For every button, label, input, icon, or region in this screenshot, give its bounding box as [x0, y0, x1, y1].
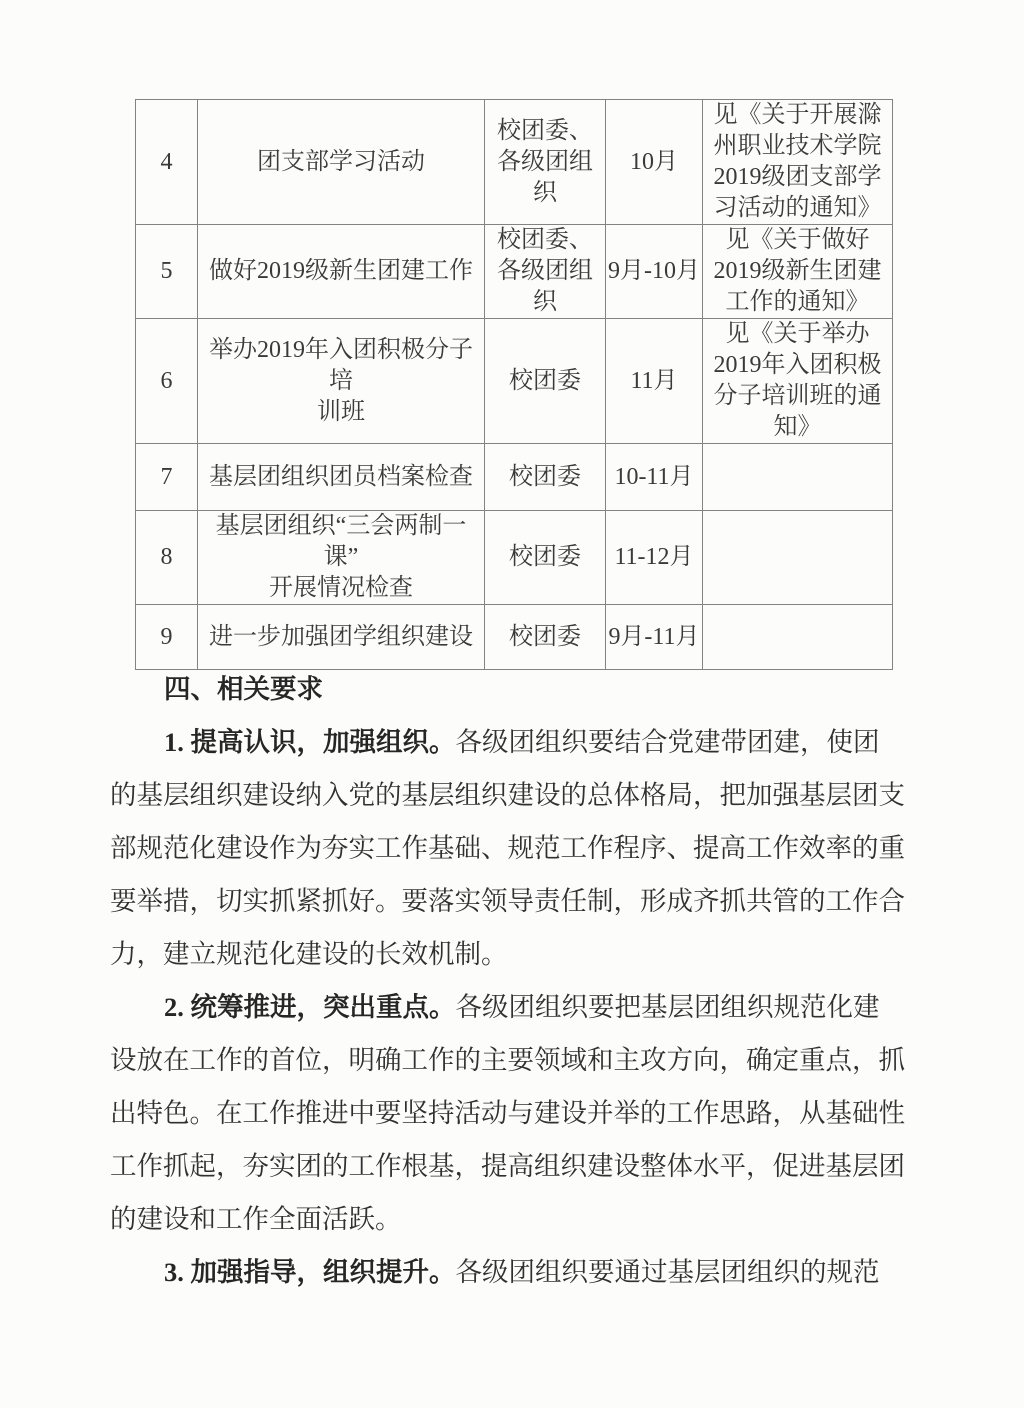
organizer-cell: 校团委	[485, 605, 606, 670]
remark-cell: 见《关于举办 2019年入团积极 分子培训班的通 知》	[703, 319, 893, 444]
remark-cell	[703, 444, 893, 511]
time-cell: 9月-10月	[606, 225, 703, 319]
table-row: 9进一步加强团学组织建设校团委9月-11月	[136, 605, 893, 670]
item-cell: 进一步加强团学组织建设	[198, 605, 485, 670]
schedule-table: 4团支部学习活动校团委、 各级团组织10月见《关于开展滁 州职业技术学院 201…	[135, 99, 893, 670]
table-row: 4团支部学习活动校团委、 各级团组织10月见《关于开展滁 州职业技术学院 201…	[136, 100, 893, 225]
item-cell: 基层团组织团员档案检查	[198, 444, 485, 511]
time-cell: 10-11月	[606, 444, 703, 511]
remark-cell	[703, 511, 893, 605]
organizer-cell: 校团委	[485, 511, 606, 605]
table-row: 8基层团组织“三会两制一课” 开展情况检查校团委11-12月	[136, 511, 893, 605]
item-cell: 团支部学习活动	[198, 100, 485, 225]
time-cell: 11月	[606, 319, 703, 444]
paragraph-1-text: 各级团组织要结合党建带团建，使团 的基层组织建设纳入党的基层组织建设的总体格局，…	[110, 727, 905, 969]
paragraph-1-lead: 1. 提高认识，加强组织。	[164, 727, 456, 757]
table-row: 5做好2019级新生团建工作校团委、 各级团组织9月-10月见《关于做好 201…	[136, 225, 893, 319]
section-heading: 四、相关要求	[110, 663, 916, 716]
paragraph-3: 3. 加强指导，组织提升。各级团组织要通过基层团组织的规范	[110, 1246, 916, 1299]
item-cell: 基层团组织“三会两制一课” 开展情况检查	[198, 511, 485, 605]
time-cell: 11-12月	[606, 511, 703, 605]
row-number: 9	[136, 605, 198, 670]
paragraph-2: 2. 统筹推进，突出重点。各级团组织要把基层团组织规范化建 设放在工作的首位，明…	[110, 981, 916, 1246]
time-cell: 9月-11月	[606, 605, 703, 670]
table-row: 7基层团组织团员档案检查校团委10-11月	[136, 444, 893, 511]
item-cell: 举办2019年入团积极分子培 训班	[198, 319, 485, 444]
body-text: 四、相关要求 1. 提高认识，加强组织。各级团组织要结合党建带团建，使团 的基层…	[110, 663, 916, 1299]
organizer-cell: 校团委	[485, 319, 606, 444]
time-cell: 10月	[606, 100, 703, 225]
remark-cell: 见《关于开展滁 州职业技术学院 2019级团支部学 习活动的通知》	[703, 100, 893, 225]
remark-cell: 见《关于做好 2019级新生团建 工作的通知》	[703, 225, 893, 319]
paragraph-3-lead: 3. 加强指导，组织提升。	[164, 1257, 456, 1287]
paragraph-3-text: 各级团组织要通过基层团组织的规范	[456, 1257, 880, 1287]
paragraph-2-lead: 2. 统筹推进，突出重点。	[164, 992, 456, 1022]
row-number: 7	[136, 444, 198, 511]
paragraph-2-text: 各级团组织要把基层团组织规范化建 设放在工作的首位，明确工作的主要领域和主攻方向…	[110, 992, 905, 1234]
document-page: 4团支部学习活动校团委、 各级团组织10月见《关于开展滁 州职业技术学院 201…	[0, 0, 1024, 1408]
row-number: 8	[136, 511, 198, 605]
organizer-cell: 校团委、 各级团组织	[485, 225, 606, 319]
row-number: 6	[136, 319, 198, 444]
organizer-cell: 校团委	[485, 444, 606, 511]
table-row: 6举办2019年入团积极分子培 训班校团委11月见《关于举办 2019年入团积极…	[136, 319, 893, 444]
organizer-cell: 校团委、 各级团组织	[485, 100, 606, 225]
row-number: 5	[136, 225, 198, 319]
remark-cell	[703, 605, 893, 670]
row-number: 4	[136, 100, 198, 225]
paragraph-1: 1. 提高认识，加强组织。各级团组织要结合党建带团建，使团 的基层组织建设纳入党…	[110, 716, 916, 981]
item-cell: 做好2019级新生团建工作	[198, 225, 485, 319]
